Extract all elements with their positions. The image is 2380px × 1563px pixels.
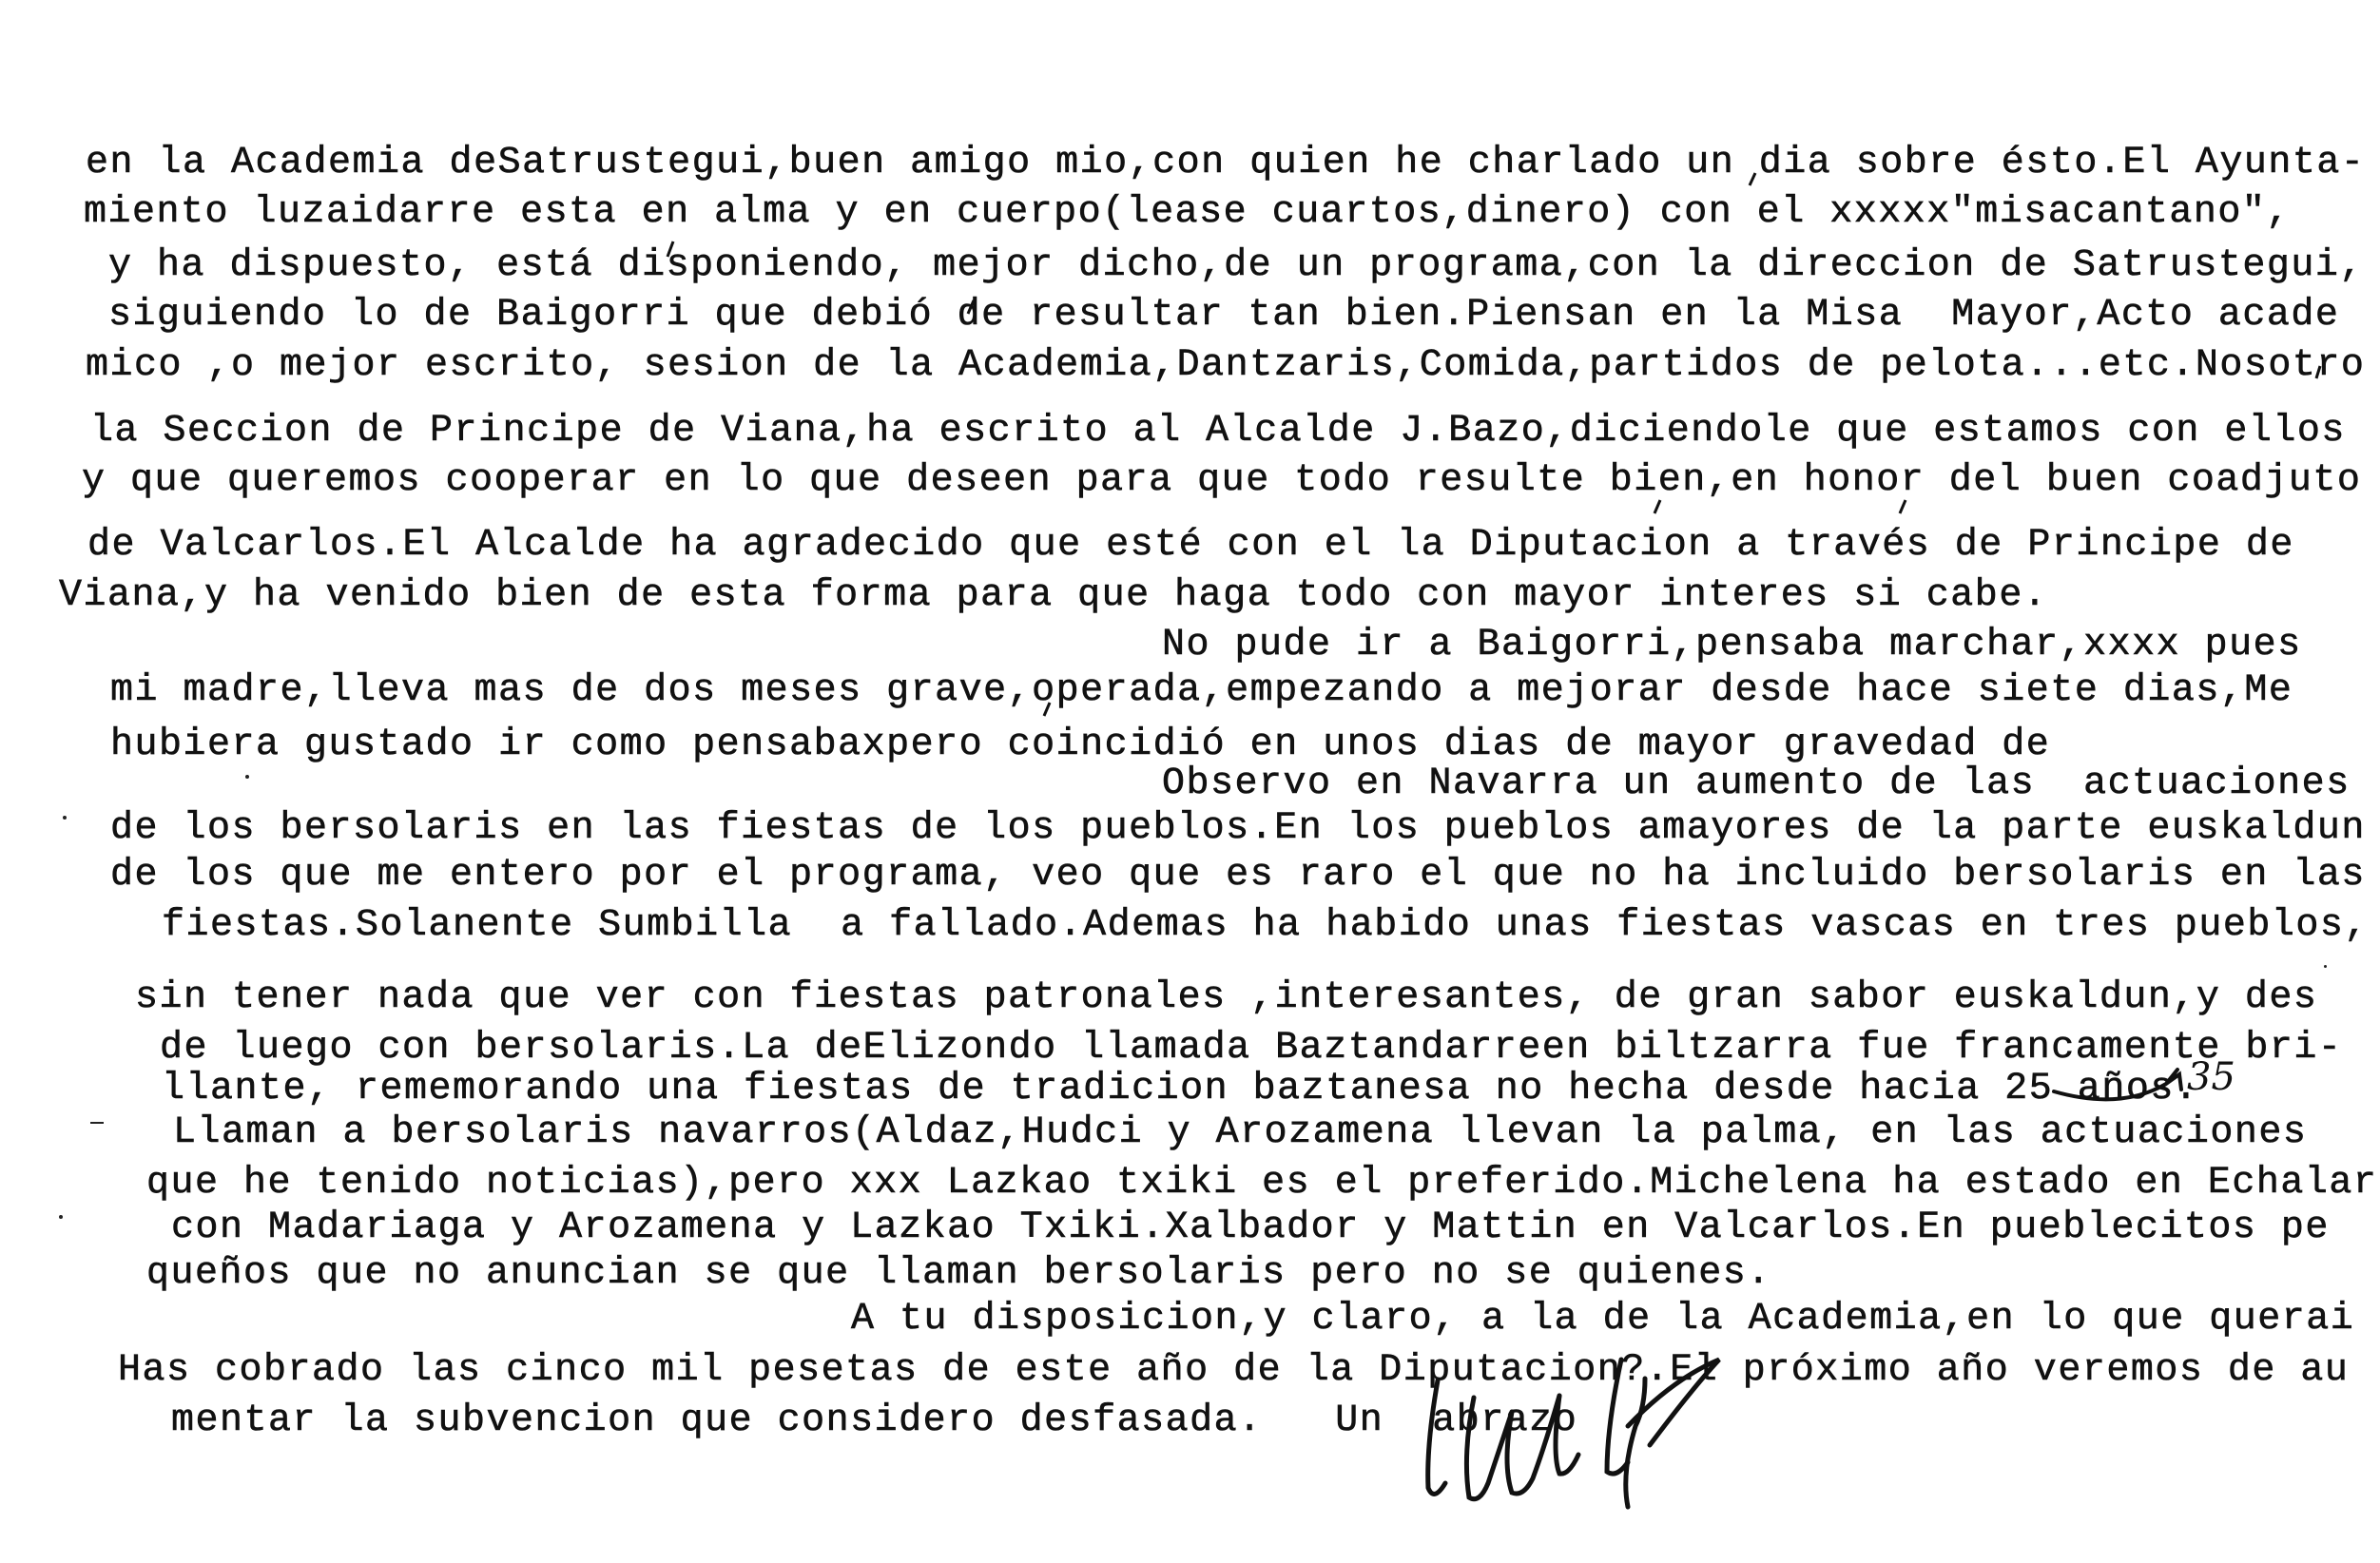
letter-page: en la Academia deSatrustegui,buen amigo … xyxy=(0,0,2380,1563)
annotation-arrow xyxy=(2054,1070,2181,1099)
scan-speck xyxy=(2324,965,2327,968)
scan-speck xyxy=(245,775,249,779)
scan-speck xyxy=(59,1215,63,1219)
scan-speck xyxy=(90,1122,104,1124)
scan-speck xyxy=(63,816,67,820)
accent-marks xyxy=(668,173,2320,716)
signature xyxy=(1428,1360,1719,1507)
ink-marks xyxy=(0,0,2380,1563)
